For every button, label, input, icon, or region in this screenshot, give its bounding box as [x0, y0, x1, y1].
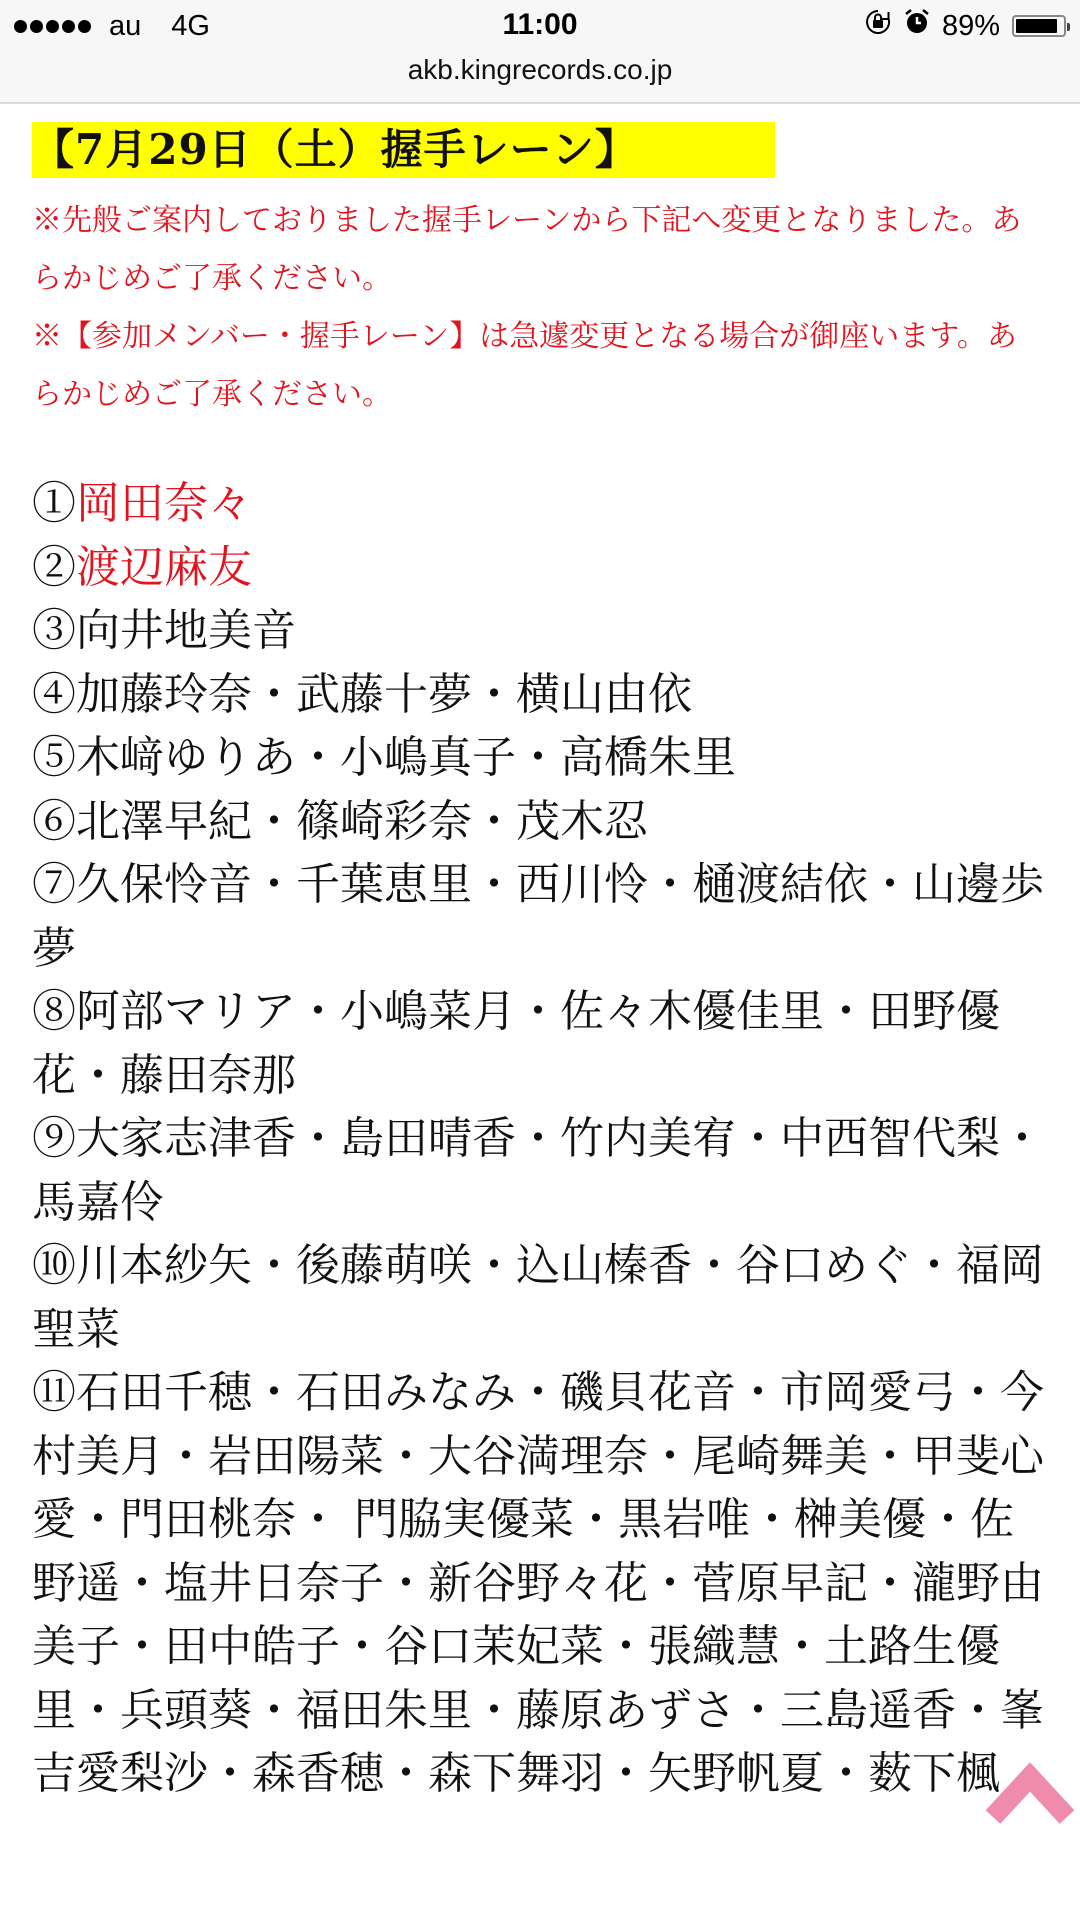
lane-members: 川本紗矢・後藤萌咲・込山榛香・谷口めぐ・福岡聖菜 — [32, 1240, 1044, 1355]
status-right: 89% — [864, 8, 1066, 44]
lane-members: 加藤玲奈・武藤十夢・横山由依 — [76, 669, 692, 720]
orientation-lock-icon — [864, 8, 892, 44]
notice-change: ※先般ご案内しておりました握手レーンから下記へ変更となりました。あらかじめご了承… — [32, 192, 1032, 308]
notice-subject-to-change: ※【参加メンバー・握手レーン】は急遽変更となる場合が御座います。あらかじめご了承… — [32, 308, 1032, 424]
lane-members: 岡田奈々 — [76, 478, 252, 529]
lane-item: ④加藤玲奈・武藤十夢・横山由依 — [32, 663, 1052, 727]
lane-members: 大家志津香・島田晴香・竹内美宥・中西智代梨・馬嘉伶 — [32, 1113, 1044, 1228]
address-bar[interactable]: akb.kingrecords.co.jp — [0, 52, 1080, 104]
chevron-up-icon — [985, 1755, 1075, 1835]
lane-list: ①岡田奈々 ②渡辺麻友 ③向井地美音 ④加藤玲奈・武藤十夢・横山由依 ⑤木﨑ゆり… — [32, 472, 1052, 1806]
lane-item: ⑪石田千穂・石田みなみ・磯貝花音・市岡愛弓・今村美月・岩田陽菜・大谷満理奈・尾崎… — [32, 1361, 1052, 1806]
url-text[interactable]: akb.kingrecords.co.jp — [408, 54, 673, 85]
battery-percent: 89% — [942, 10, 1000, 43]
lane-item: ⑧阿部マリア・小嶋菜月・佐々木優佳里・田野優花・藤田奈那 — [32, 980, 1052, 1107]
lane-members: 阿部マリア・小嶋菜月・佐々木優佳里・田野優花・藤田奈那 — [32, 986, 1000, 1101]
lane-members: 木﨑ゆりあ・小嶋真子・高橋朱里 — [76, 732, 736, 783]
lane-item: ⑤木﨑ゆりあ・小嶋真子・高橋朱里 — [32, 726, 1052, 790]
lane-members: 北澤早紀・篠崎彩奈・茂木忍 — [76, 796, 648, 847]
lane-members: 石田千穂・石田みなみ・磯貝花音・市岡愛弓・今村美月・岩田陽菜・大谷満理奈・尾崎舞… — [32, 1367, 1044, 1799]
page-title: 【7月29日（土）握手レーン】 — [32, 122, 775, 178]
lane-item: ①岡田奈々 — [32, 472, 1052, 536]
lane-item: ⑦久保怜音・千葉恵里・西川怜・樋渡結依・山邊歩夢 — [32, 853, 1052, 980]
status-bar: au 4G 11:00 89% — [0, 0, 1080, 52]
lane-item: ②渡辺麻友 — [32, 536, 1052, 600]
lane-members: 向井地美音 — [76, 605, 296, 656]
lane-item: ⑨大家志津香・島田晴香・竹内美宥・中西智代梨・馬嘉伶 — [32, 1107, 1052, 1234]
battery-icon — [1012, 15, 1066, 37]
notice-block: ※先般ご案内しておりました握手レーンから下記へ変更となりました。あらかじめご了承… — [32, 192, 1032, 424]
lane-item: ⑥北澤早紀・篠崎彩奈・茂木忍 — [32, 790, 1052, 854]
lane-item: ③向井地美音 — [32, 599, 1052, 663]
lane-members: 久保怜音・千葉恵里・西川怜・樋渡結依・山邊歩夢 — [32, 859, 1044, 974]
lane-members: 渡辺麻友 — [76, 542, 252, 593]
scroll-to-top-button[interactable] — [985, 1755, 1075, 1835]
alarm-icon — [904, 8, 930, 44]
lane-item: ⑩川本紗矢・後藤萌咲・込山榛香・谷口めぐ・福岡聖菜 — [32, 1234, 1052, 1361]
